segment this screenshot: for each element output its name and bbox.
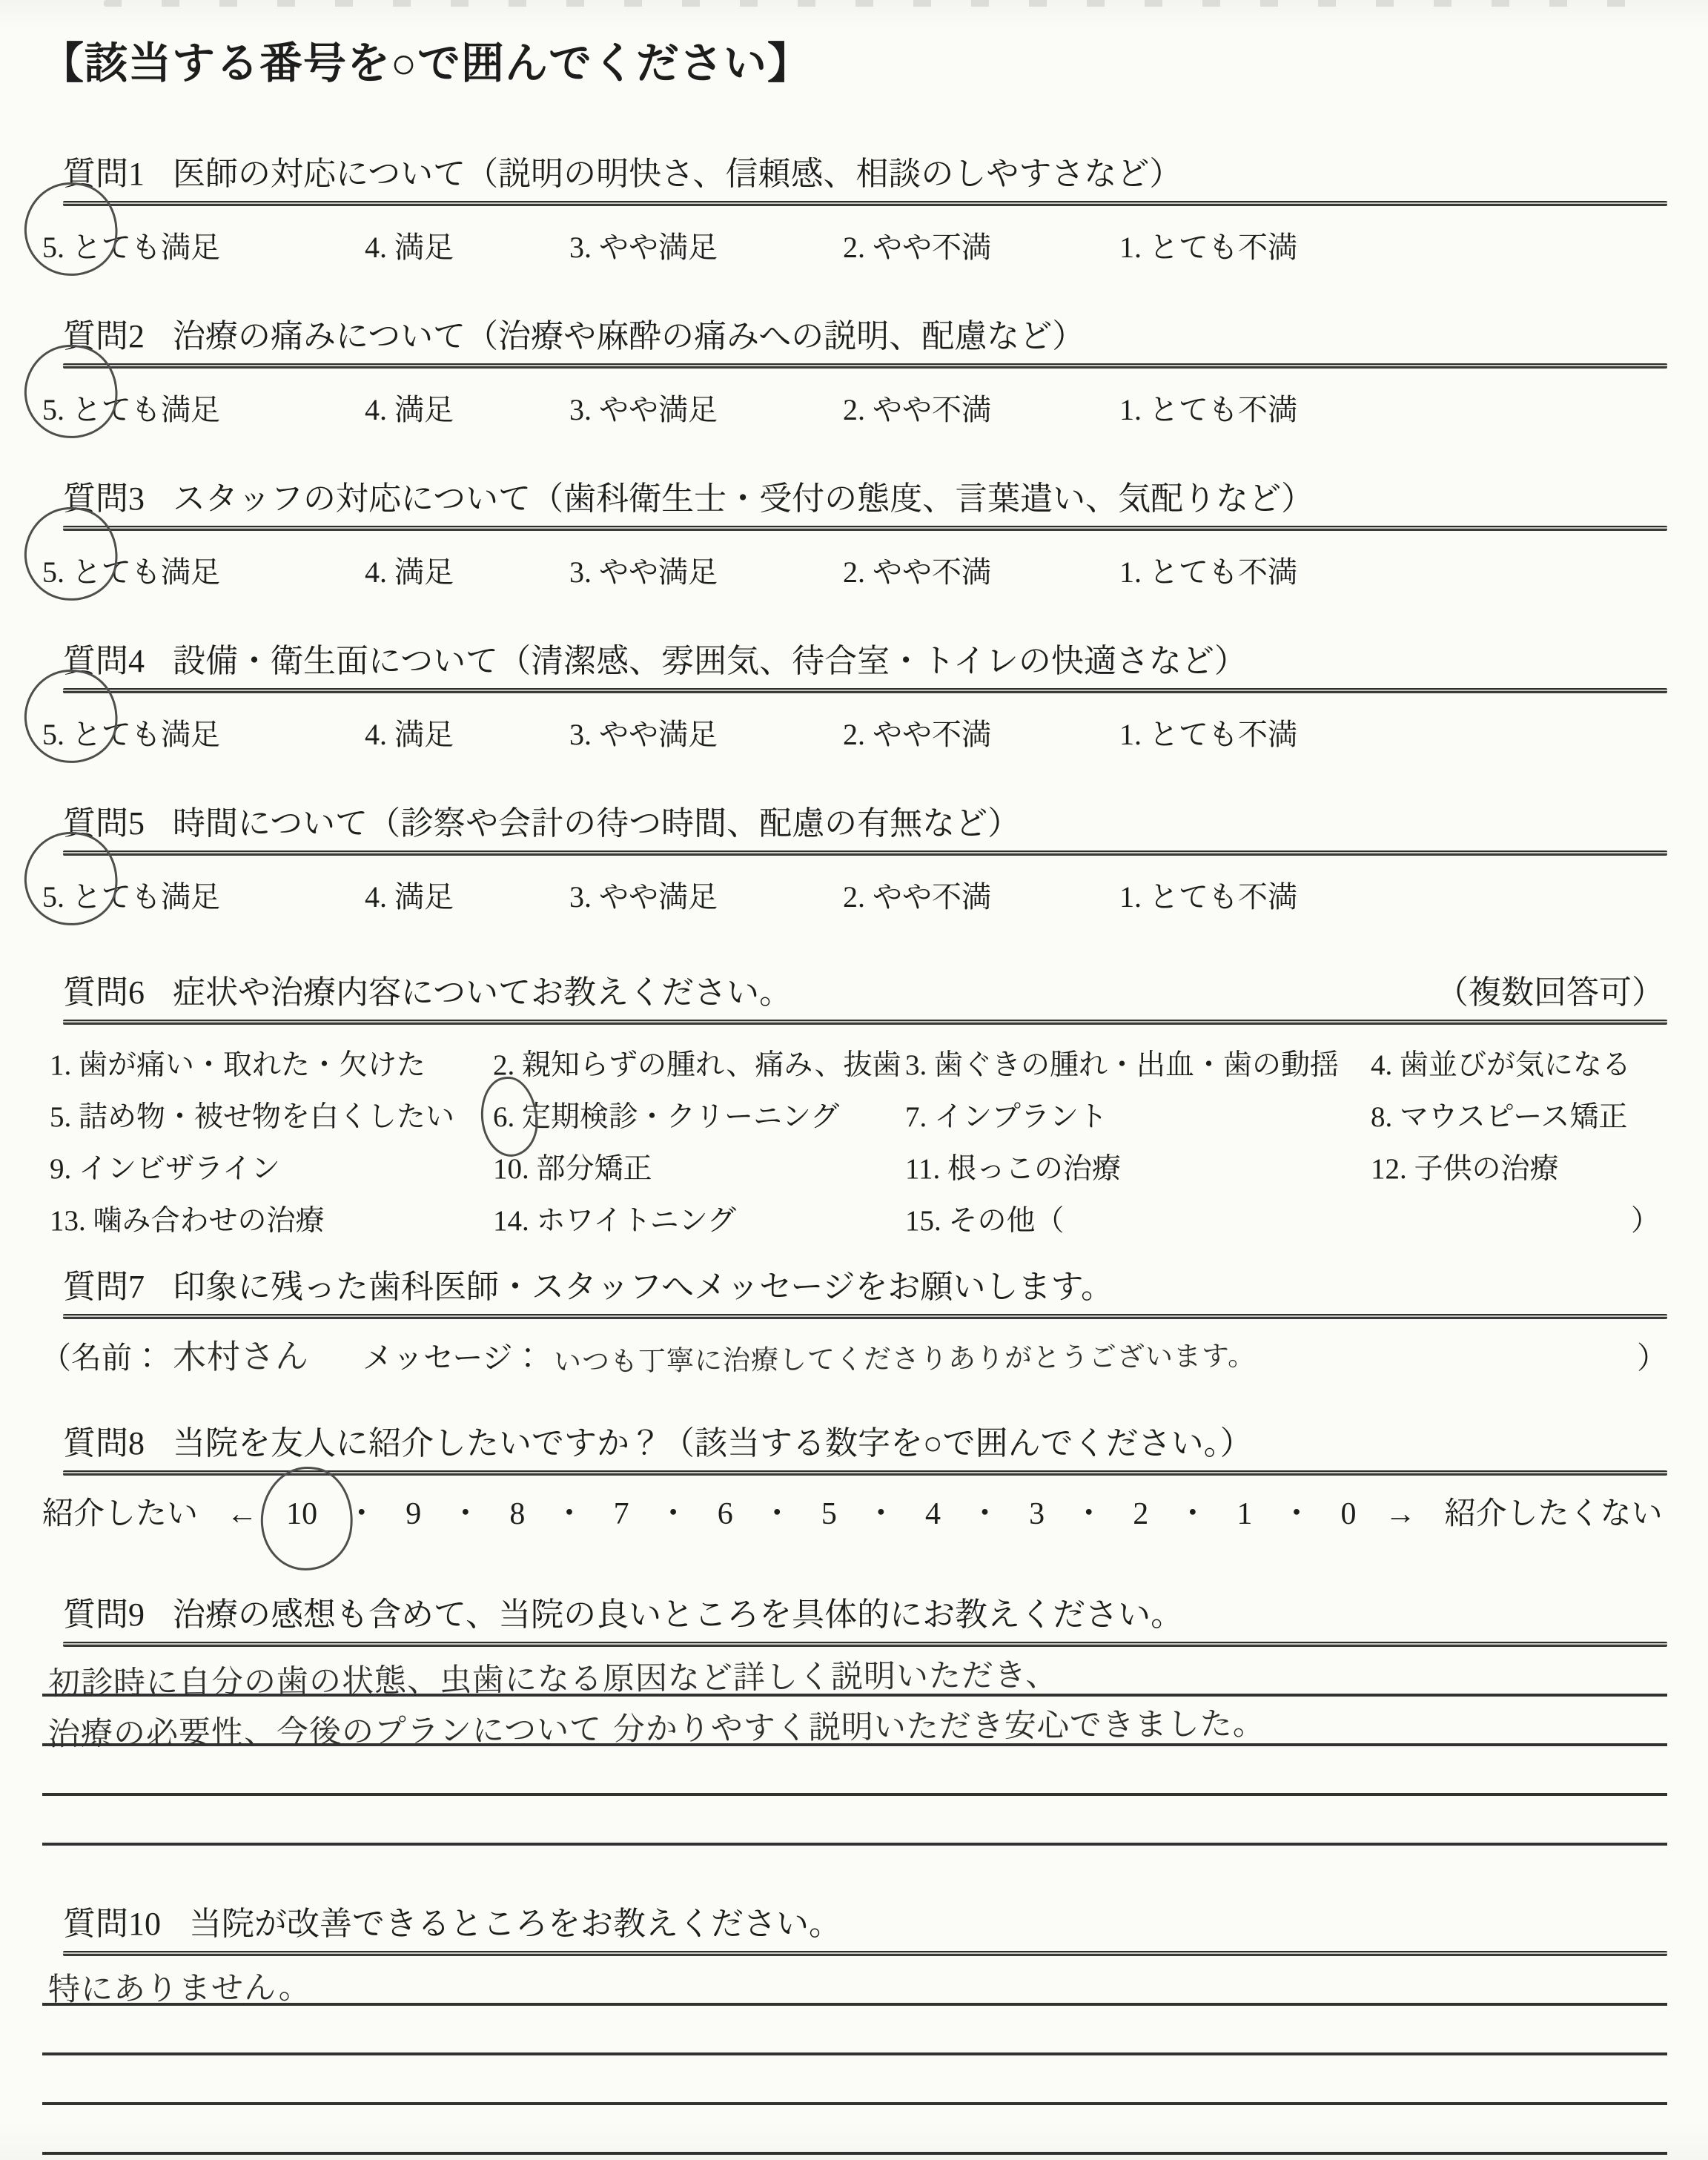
scale-dot: ・ <box>970 1489 1001 1533</box>
handwritten-answer-q10-line1: 特にありません。 <box>48 1963 311 2010</box>
name-field-label: （名前： <box>41 1333 162 1377</box>
symptom-options-grid: 1. 歯が痛い・取れた・欠けた 2. 親知らずの腫れ、痛み、抜歯 3. 歯ぐきの… <box>50 1037 1667 1244</box>
nps-scale-row: 紹介したい ← 10 ・ 9 ・ 8 ・ 7 ・ 6 ・ 5 ・ 4 ・ 3 ・… <box>41 1489 1667 1530</box>
handwritten-message: いつも丁寧に治療してくださりありがとうございます。 <box>553 1333 1255 1379</box>
rating-option-very-satisfied: 5. とても満足 <box>42 873 220 916</box>
scale-number-1: 1 <box>1237 1496 1252 1532</box>
question-1-text: 医師の対応について（説明の明快さ、信頼感、相談のしやすさなど） <box>173 153 1182 194</box>
question-3-options: 5. とても満足 4. 満足 3. やや満足 2. やや不満 1. とても不満 <box>41 549 1667 587</box>
question-2-label: 質問2 <box>63 316 145 357</box>
question-7-underline <box>63 1314 1667 1319</box>
rating-option-somewhat-dissatisfied: 2. やや不満 <box>843 711 991 753</box>
question-3: 質問3 スタッフの対応について（歯科衛生士・受付の態度、言葉遣い、気配りなど） … <box>41 478 1667 587</box>
handwritten-answer-q9-line1: 初診時に自分の歯の状態、虫歯になる原因など詳しく説明いただき、 <box>48 1650 1059 1704</box>
question-7-label: 質問7 <box>63 1266 145 1307</box>
question-4-underline <box>63 688 1667 693</box>
question-9-title: 質問9 治療の感想も含めて、当院の良いところを具体的にお教えください。 <box>63 1594 1667 1635</box>
scale-number-10: 10 <box>286 1496 317 1532</box>
question-8-text: 当院を友人に紹介したいですか？（該当する数字を○で囲んでください。） <box>173 1423 1253 1464</box>
question-5-underline <box>63 851 1667 856</box>
question-10-label: 質問10 <box>63 1903 161 1944</box>
question-10: 質問10 当院が改善できるところをお教えください。 特にありません。 <box>41 1903 1667 2155</box>
scale-number-9: 9 <box>406 1496 421 1532</box>
question-3-underline <box>63 526 1667 531</box>
question-8-label: 質問8 <box>63 1423 145 1464</box>
scale-number-5: 5 <box>821 1496 837 1532</box>
symptom-option-13: 13. 噛み合わせの治療 <box>50 1192 493 1244</box>
rating-option-satisfied: 4. 満足 <box>365 224 454 266</box>
question-1-options: 5. とても満足 4. 満足 3. やや満足 2. やや不満 1. とても不満 <box>41 224 1667 262</box>
scale-number-2: 2 <box>1133 1496 1148 1532</box>
question-1: 質問1 医師の対応について（説明の明快さ、信頼感、相談のしやすさなど） 5. と… <box>41 153 1667 262</box>
question-8-title: 質問8 当院を友人に紹介したいですか？（該当する数字を○で囲んでください。） <box>63 1423 1667 1464</box>
question-3-title: 質問3 スタッフの対応について（歯科衛生士・受付の態度、言葉遣い、気配りなど） <box>63 478 1667 519</box>
question-6-underline <box>63 1020 1667 1025</box>
scale-dot: ・ <box>554 1489 585 1533</box>
scan-edge-artifact <box>104 0 1634 7</box>
page-title: 【該当する番号を○で囲んでください】 <box>41 36 1667 91</box>
rating-option-somewhat-satisfied: 3. やや満足 <box>569 711 718 753</box>
question-10-text: 当院が改善できるところをお教えください。 <box>189 1903 841 1944</box>
rating-option-satisfied: 4. 満足 <box>365 873 454 916</box>
question-1-label: 質問1 <box>63 153 145 194</box>
message-field-label: メッセージ： <box>363 1333 543 1377</box>
answer-line: 治療の必要性、今後のプランについて 分かりやすく説明いただき安心できました。 <box>42 1697 1667 1746</box>
question-8-underline <box>63 1470 1667 1476</box>
scale-dot: ・ <box>1281 1489 1312 1533</box>
scale-dot: ・ <box>1073 1489 1105 1533</box>
question-5-text: 時間について（診察や会計の待つ時間、配慮の有無など） <box>173 803 1020 844</box>
rating-option-somewhat-satisfied: 3. やや満足 <box>569 873 718 916</box>
question-8: 質問8 当院を友人に紹介したいですか？（該当する数字を○で囲んでください。） 紹… <box>41 1423 1667 1530</box>
symptom-option-14: 14. ホワイトニング <box>493 1192 905 1244</box>
rating-option-very-dissatisfied: 1. とても不満 <box>1119 386 1297 429</box>
rating-option-very-satisfied: 5. とても満足 <box>42 711 220 753</box>
answer-line-empty <box>42 2006 1667 2055</box>
handwritten-name: 木村さん <box>173 1330 310 1379</box>
question-2-text: 治療の痛みについて（治療や麻酔の痛みへの説明、配慮など） <box>173 316 1085 357</box>
question-4: 質問4 設備・衛生面について（清潔感、雰囲気、待合室・トイレの快適さなど） 5.… <box>41 641 1667 750</box>
question-4-options: 5. とても満足 4. 満足 3. やや満足 2. やや不満 1. とても不満 <box>41 711 1667 750</box>
symptom-option-10: 10. 部分矯正 <box>493 1140 905 1192</box>
question-6-text: 症状や治療内容についてお教えください。 <box>173 972 792 1013</box>
question-7: 質問7 印象に残った歯科医師・スタッフへメッセージをお願いします。 （名前： 木… <box>41 1266 1667 1377</box>
question-5-label: 質問5 <box>63 803 145 844</box>
answer-line-empty <box>42 2055 1667 2105</box>
rating-option-somewhat-dissatisfied: 2. やや不満 <box>843 549 991 591</box>
multiple-answers-note: （複数回答可） <box>1436 965 1664 1013</box>
question-4-title: 質問4 設備・衛生面について（清潔感、雰囲気、待合室・トイレの快適さなど） <box>63 641 1667 681</box>
symptom-option-3: 3. 歯ぐきの腫れ・出血・歯の動揺 <box>905 1037 1371 1089</box>
symptom-option-5: 5. 詰め物・被せ物を白くしたい <box>50 1089 493 1140</box>
rating-option-very-satisfied: 5. とても満足 <box>42 224 220 266</box>
scale-dot: ・ <box>450 1489 481 1533</box>
question-6: 質問6 症状や治療内容についてお教えください。 （複数回答可） 1. 歯が痛い・… <box>41 965 1667 1244</box>
scale-number-8: 8 <box>509 1496 525 1532</box>
question-3-label: 質問3 <box>63 478 145 519</box>
scale-dot: ・ <box>865 1489 896 1533</box>
question-10-title: 質問10 当院が改善できるところをお教えください。 <box>63 1903 1667 1944</box>
scale-number-3: 3 <box>1029 1496 1045 1532</box>
rating-option-very-dissatisfied: 1. とても不満 <box>1119 711 1297 753</box>
question-5: 質問5 時間について（診察や会計の待つ時間、配慮の有無など） 5. とても満足 … <box>41 803 1667 912</box>
rating-option-very-dissatisfied: 1. とても不満 <box>1119 224 1297 266</box>
symptom-option-4: 4. 歯並びが気になる <box>1371 1037 1667 1089</box>
rating-option-very-dissatisfied: 1. とても不満 <box>1119 549 1297 591</box>
symptom-option-12: 12. 子供の治療 <box>1371 1140 1667 1192</box>
question-3-text: スタッフの対応について（歯科衛生士・受付の態度、言葉遣い、気配りなど） <box>173 478 1314 519</box>
question-2-title: 質問2 治療の痛みについて（治療や麻酔の痛みへの説明、配慮など） <box>63 316 1667 357</box>
scale-dot: ・ <box>658 1489 689 1533</box>
symptom-option-8: 8. マウスピース矯正 <box>1371 1089 1667 1140</box>
rating-option-somewhat-dissatisfied: 2. やや不満 <box>843 224 991 266</box>
question-10-underline <box>63 1951 1667 1956</box>
scale-dot: ・ <box>761 1489 792 1533</box>
rating-option-satisfied: 4. 満足 <box>365 386 454 429</box>
scale-number-7: 7 <box>614 1496 629 1532</box>
scale-right-label: 紹介したくない <box>1445 1489 1663 1533</box>
scale-number-0: 0 <box>1341 1496 1357 1532</box>
rating-option-satisfied: 4. 満足 <box>365 549 454 591</box>
question-4-text: 設備・衛生面について（清潔感、雰囲気、待合室・トイレの快適さなど） <box>173 641 1247 681</box>
question-9-text: 治療の感想も含めて、当院の良いところを具体的にお教えください。 <box>173 1594 1183 1635</box>
question-7-text: 印象に残った歯科医師・スタッフへメッセージをお願いします。 <box>173 1266 1113 1307</box>
question-6-title: 質問6 症状や治療内容についてお教えください。 <box>63 972 1436 1013</box>
scale-left-label: 紹介したい <box>42 1489 198 1533</box>
question-2: 質問2 治療の痛みについて（治療や麻酔の痛みへの説明、配慮など） 5. とても満… <box>41 316 1667 425</box>
question-7-title: 質問7 印象に残った歯科医師・スタッフへメッセージをお願いします。 <box>63 1266 1667 1307</box>
question-5-title: 質問5 時間について（診察や会計の待つ時間、配慮の有無など） <box>63 803 1667 844</box>
symptom-option-11: 11. 根っこの治療 <box>905 1140 1371 1192</box>
symptom-option-6: 6. 定期検診・クリーニング <box>493 1089 905 1140</box>
scale-number-6: 6 <box>718 1496 733 1532</box>
survey-page: 【該当する番号を○で囲んでください】 質問1 医師の対応について（説明の明快さ、… <box>0 0 1708 2155</box>
rating-option-somewhat-satisfied: 3. やや満足 <box>569 386 718 429</box>
rating-option-very-satisfied: 5. とても満足 <box>42 386 220 429</box>
question-9: 質問9 治療の感想も含めて、当院の良いところを具体的にお教えください。 初診時に… <box>41 1594 1667 1846</box>
symptom-option-7: 7. インプラント <box>905 1089 1371 1140</box>
rating-option-somewhat-satisfied: 3. やや満足 <box>569 549 718 591</box>
question-4-label: 質問4 <box>63 641 145 681</box>
symptom-option-2: 2. 親知らずの腫れ、痛み、抜歯 <box>493 1037 905 1089</box>
answer-line: 特にありません。 <box>42 1956 1667 2006</box>
symptom-option-15-other: 15. その他（ <box>905 1192 1371 1244</box>
answer-line: 初診時に自分の歯の状態、虫歯になる原因など詳しく説明いただき、 <box>42 1647 1667 1697</box>
question-9-label: 質問9 <box>63 1594 145 1635</box>
close-paren: ） <box>1637 1333 1667 1377</box>
rating-option-very-satisfied: 5. とても満足 <box>42 549 220 591</box>
question-6-title-row: 質問6 症状や治療内容についてお教えください。 （複数回答可） <box>63 965 1667 1013</box>
question-1-title: 質問1 医師の対応について（説明の明快さ、信頼感、相談のしやすさなど） <box>63 153 1667 194</box>
question-1-underline <box>63 201 1667 206</box>
rating-option-somewhat-dissatisfied: 2. やや不満 <box>843 386 991 429</box>
message-answer-line: （名前： 木村さん メッセージ： いつも丁寧に治療してくださりありがとうございま… <box>41 1330 1667 1377</box>
scale-dot: ・ <box>1177 1489 1208 1533</box>
rating-option-somewhat-satisfied: 3. やや満足 <box>569 224 718 266</box>
scale-dot: ・ <box>346 1489 377 1533</box>
answer-line-empty <box>42 2105 1667 2155</box>
question-2-options: 5. とても満足 4. 満足 3. やや満足 2. やや不満 1. とても不満 <box>41 386 1667 425</box>
rating-option-satisfied: 4. 満足 <box>365 711 454 753</box>
right-arrow-icon: → <box>1385 1496 1416 1532</box>
symptom-option-9: 9. インビザライン <box>50 1140 493 1192</box>
question-2-underline <box>63 363 1667 369</box>
other-close-paren: ） <box>1371 1192 1667 1244</box>
rating-option-very-dissatisfied: 1. とても不満 <box>1119 873 1297 916</box>
question-5-options: 5. とても満足 4. 満足 3. やや満足 2. やや不満 1. とても不満 <box>41 873 1667 912</box>
answer-line-empty <box>42 1746 1667 1796</box>
question-9-underline <box>63 1642 1667 1647</box>
rating-option-somewhat-dissatisfied: 2. やや不満 <box>843 873 991 916</box>
question-6-label: 質問6 <box>63 972 145 1013</box>
symptom-option-1: 1. 歯が痛い・取れた・欠けた <box>50 1037 493 1089</box>
left-arrow-icon: ← <box>227 1496 258 1532</box>
scale-number-4: 4 <box>925 1496 941 1532</box>
answer-line-empty <box>42 1796 1667 1846</box>
